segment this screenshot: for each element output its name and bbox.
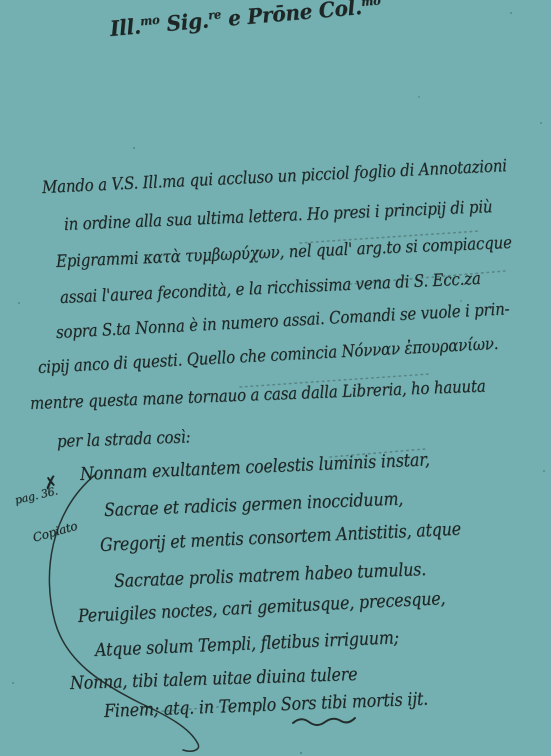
manuscript-page: Ill.mo Sig.re e Prōne Col.mo Mando a V.S… (0, 0, 551, 756)
verse-line: Sacrae et radicis germen inocciduum, (104, 489, 404, 521)
salutation-part: Sig. (159, 7, 210, 36)
body-line: in ordine alla sua ultima lettera. Ho pr… (64, 197, 493, 235)
body-line: cipij anco di questi. Quello che cominci… (37, 334, 498, 378)
verse-line: Nonnam exultantem coelestis luminis inst… (80, 449, 430, 485)
salutation-part: e Prōne Col. (220, 0, 362, 31)
body-line: per la strada così: (57, 427, 191, 452)
scan-speckles (0, 0, 2, 2)
body-line: mentre questa mane tornauo a casa dalla … (30, 377, 486, 414)
body-line: assai l'aurea fecondità, e la ricchissim… (60, 269, 482, 308)
verse-line: Nonna, tibi talem uitae diuina tulere (70, 664, 358, 694)
verse-line: Gregorij et mentis consortem Antistitis,… (100, 519, 462, 556)
verse-line: Atque solum Templi, fletibus irriguum; (95, 627, 400, 661)
body-line: Epigrammi κατὰ τυμβωρύχων, nel qual' arg… (56, 233, 512, 272)
margin-copied-note: Copiato (31, 519, 79, 545)
margin-page-reference: pag. 36. (14, 484, 59, 506)
salutation-superscript: mo (140, 13, 160, 29)
salutation-line: Ill.mo Sig.re e Prōne Col.mo (109, 0, 382, 41)
salutation-superscript: re (207, 7, 221, 22)
verse-line: Peruigiles noctes, cari gemitusque, prec… (77, 588, 445, 627)
body-line: Mando a V.S. Ill.ma qui accluso un picci… (42, 156, 508, 198)
salutation-part: Ill. (109, 13, 142, 41)
verse-line: Sacratae prolis matrem habeo tumulus. (114, 559, 427, 592)
verse-line: Finem; atq. in Templo Sors tibi mortis i… (104, 689, 429, 722)
salutation-superscript: mo (361, 0, 381, 9)
flourish-underline (293, 718, 355, 725)
